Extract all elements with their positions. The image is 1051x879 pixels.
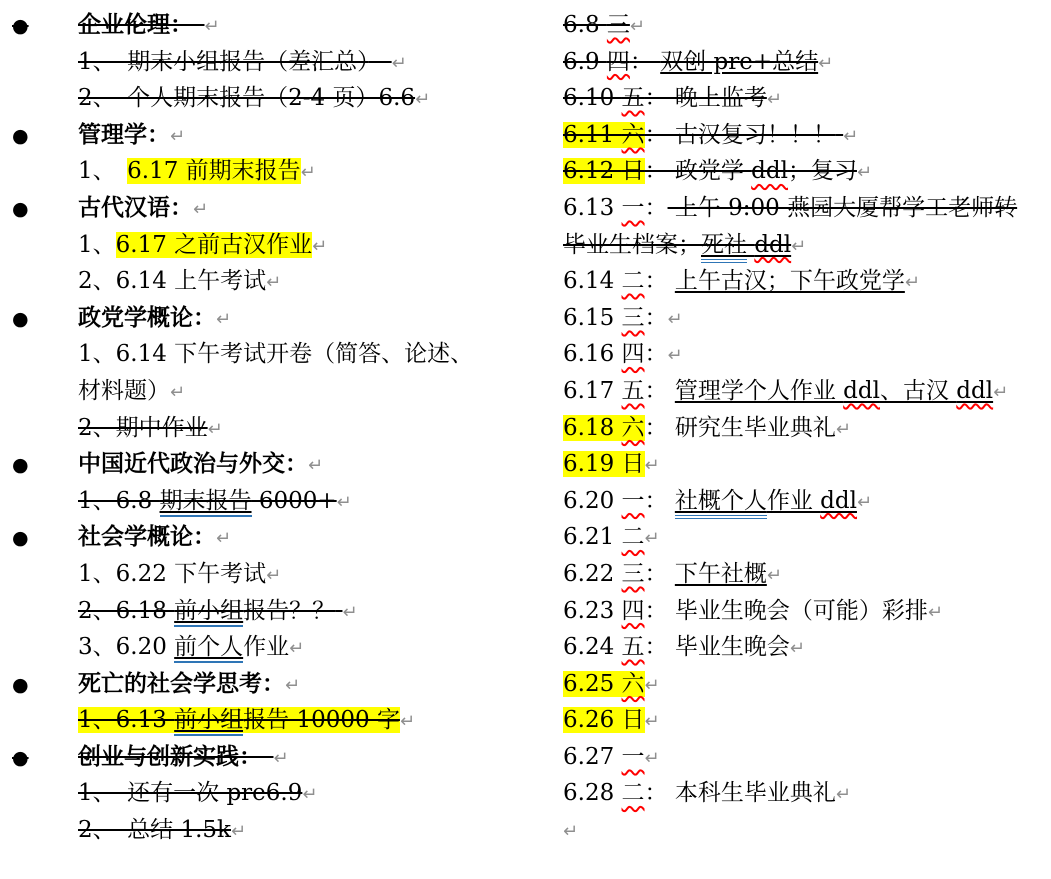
text-run: 6.8	[563, 12, 607, 38]
paragraph-mark-icon: ↵	[668, 309, 683, 330]
course-task[interactable]: 1、 6.17 前期末报告↵	[12, 153, 557, 190]
calendar-entry[interactable]: 6.8 三↵	[563, 7, 1051, 44]
text-run: 6.22	[563, 561, 622, 587]
calendar-entry[interactable]: 6.25 六↵	[563, 666, 1051, 703]
calendar-entry[interactable]: 6.21 二↵	[563, 519, 1051, 556]
misspelled-run: 四	[607, 49, 630, 75]
calendar-entry[interactable]: 6.15 三：↵	[563, 300, 1051, 337]
paragraph-mark-icon: ↵	[266, 565, 281, 586]
text-run: 6.16	[563, 341, 622, 367]
calendar-entry[interactable]: 6.14 二： 上午古汉；下午政党学↵	[563, 263, 1051, 300]
course-task[interactable]: 1、6.22 下午考试↵	[12, 556, 557, 593]
text-run: 作业	[767, 488, 820, 514]
text-run: 、古汉	[880, 378, 956, 404]
course-task[interactable]: 2、6.14 上午考试↵	[12, 263, 557, 300]
paragraph-mark-icon: ↵	[415, 89, 430, 110]
text-run: 前个人	[174, 634, 243, 663]
course-heading[interactable]: ●企业伦理： ↵	[12, 7, 557, 44]
paragraph-mark-icon: ↵	[645, 748, 660, 769]
text-run: ；复习	[788, 158, 857, 184]
text-run: ddl	[843, 378, 880, 404]
text-run: 2、期中作业	[78, 415, 208, 441]
paragraph-mark-icon: ↵	[818, 53, 833, 74]
text-run: ： 本科生毕业典礼	[645, 780, 836, 806]
text-run: ： 毕业生晚会（可能）彩排	[645, 598, 928, 624]
calendar-entry[interactable]: 6.28 二： 本科生毕业典礼↵	[563, 775, 1051, 812]
course-task[interactable]: 2、期中作业↵	[12, 410, 557, 447]
text-run: 6.18	[563, 415, 622, 441]
text-run: 2、6.14 上午考试	[78, 268, 266, 294]
text-run: 二	[622, 268, 645, 294]
text-run: ：	[645, 268, 675, 294]
text-run: 6.17 之前古汉作业	[116, 232, 313, 258]
paragraph-mark-icon: ↵	[193, 199, 208, 220]
paragraph-mark-icon: ↵	[836, 419, 851, 440]
paragraph-mark-icon: ↵	[905, 272, 920, 293]
text-run: 6.26	[563, 707, 622, 733]
text-run: ：	[645, 341, 668, 367]
misspelled-run: 四	[622, 341, 645, 367]
course-list-column: ●企业伦理： ↵1、 期末小组报告（差汇总） ↵2、 个人期末报告（2-4 页）…	[12, 7, 557, 849]
calendar-entry[interactable]: 6.17 五： 管理学个人作业 ddl、古汉 ddl↵	[563, 373, 1051, 410]
paragraph-mark-icon: ↵	[342, 602, 357, 623]
bullet-icon: ●	[12, 8, 78, 45]
text-run: 3、6.20	[78, 634, 174, 660]
text-run: 6.24	[563, 634, 622, 660]
text-run: ddl	[820, 488, 857, 514]
text-run: ：	[645, 195, 668, 221]
paragraph-mark-icon: ↵	[645, 528, 660, 549]
misspelled-run: ddl	[754, 232, 791, 258]
misspelled-run: 一	[622, 744, 645, 770]
text-run: ： 古汉复习！！！	[645, 122, 836, 148]
text-run: 6.14	[563, 268, 622, 294]
calendar-entry[interactable]: 6.23 四： 毕业生晚会（可能）彩排↵	[563, 593, 1051, 630]
underlined-run: 作业	[767, 488, 820, 514]
course-heading[interactable]: ●政党学概论：↵	[12, 300, 557, 337]
course-task[interactable]: 2、 总结 1.5k↵	[12, 812, 557, 849]
text-run: 6.12	[563, 158, 622, 184]
text-run: ：	[645, 305, 668, 331]
paragraph-mark-icon: ↵	[266, 272, 281, 293]
underlined-run: ddl	[843, 378, 880, 404]
misspelled-run: 六	[622, 122, 645, 148]
text-run: 上午古汉；下午政党学	[675, 268, 905, 294]
calendar-entry[interactable]: 6.11 六： 古汉复习！！！ ↵	[563, 117, 1051, 154]
calendar-entry[interactable]: 6.9 四： 双创 pre+总结↵	[563, 44, 1051, 81]
text-run: 报告？？	[243, 598, 335, 624]
text-run: 日	[622, 158, 645, 184]
paragraph-mark-icon: ↵	[645, 711, 660, 732]
text-run: 1、	[78, 232, 116, 258]
calendar-column: 6.8 三↵6.9 四： 双创 pre+总结↵6.10 五： 晚上监考↵6.11…	[563, 7, 1051, 849]
underlined-run: 、古汉	[880, 378, 956, 404]
underlined-run: 前个人	[174, 634, 243, 663]
text-run: 四	[622, 598, 645, 624]
text-run: 四	[622, 341, 645, 367]
paragraph-mark-icon: ↵	[767, 89, 782, 110]
paragraph-mark-icon: ↵	[312, 236, 327, 257]
document-page: ●企业伦理： ↵1、 期末小组报告（差汇总） ↵2、 个人期末报告（2-4 页）…	[0, 0, 1051, 879]
text-run: ： 研究生毕业典礼	[645, 415, 836, 441]
paragraph-mark-icon: ↵	[289, 638, 304, 659]
text-run: 6.23	[563, 598, 622, 624]
bullet-icon: ●	[12, 191, 78, 228]
empty-paragraph[interactable]: ↵	[563, 812, 1051, 849]
calendar-entry[interactable]: 6.26 日↵	[563, 702, 1051, 739]
underlined-run: 前小组	[174, 598, 243, 627]
course-heading[interactable]: ●古代汉语：↵	[12, 190, 557, 227]
misspelled-run: ddl	[820, 488, 857, 514]
text-run: 6.28	[563, 780, 622, 806]
paragraph-mark-icon: ↵	[630, 16, 645, 37]
misspelled-run: ddl	[956, 378, 993, 404]
paragraph-mark-icon: ↵	[645, 675, 660, 696]
text-run	[182, 12, 205, 38]
underlined-run: 死社	[701, 232, 747, 263]
text-run: 三	[622, 305, 645, 331]
underlined-run: 期末报告	[160, 488, 252, 517]
text-run: 6000+	[252, 488, 337, 514]
misspelled-run: 二	[622, 524, 645, 550]
text-run: 社会学概论：	[78, 523, 216, 550]
misspelled-run: 二	[622, 780, 645, 806]
text-run: 2、 总结 1.5k	[78, 817, 231, 843]
text-run: 材料题）	[78, 378, 170, 404]
text-run: 二	[622, 780, 645, 806]
paragraph-mark-icon: ↵	[205, 16, 220, 37]
text-run: 6.27	[563, 744, 622, 770]
text-run: 6.19	[563, 451, 622, 477]
paragraph-mark-icon: ↵	[216, 309, 231, 330]
text-run: 1、	[78, 158, 127, 184]
text-run: 日	[622, 451, 645, 477]
text-run: 六	[622, 671, 645, 697]
text-run: 五	[622, 378, 645, 404]
calendar-entry[interactable]: 6.10 五： 晚上监考↵	[563, 80, 1051, 117]
text-run: 期末报告	[160, 488, 252, 517]
text-run: 三	[622, 561, 645, 587]
paragraph-mark-icon: ↵	[231, 821, 246, 842]
course-task[interactable]: 1、6.8 期末报告 6000+↵	[12, 483, 557, 520]
text-run: 一	[622, 744, 645, 770]
paragraph-mark-icon: ↵	[301, 162, 316, 183]
text-run: 政党学概论：	[78, 304, 216, 331]
course-heading[interactable]: ●社会学概论：↵	[12, 519, 557, 556]
text-run: 前小组	[174, 598, 243, 627]
text-run: 三	[607, 12, 630, 38]
underlined-run: 下午社概	[675, 561, 767, 587]
misspelled-run: 六	[622, 671, 645, 697]
underlined-run: ddl	[956, 378, 993, 404]
text-run: 企业伦理：	[78, 11, 182, 38]
text-run: 死亡的社会学思考：	[78, 670, 285, 697]
text-run: 6.13	[563, 195, 622, 221]
paragraph-mark-icon: ↵	[857, 162, 872, 183]
calendar-entry[interactable]: 6.12 日： 政党学 ddl；复习↵	[563, 153, 1051, 190]
misspelled-run: 四	[622, 598, 645, 624]
text-run: 一	[622, 488, 645, 514]
paragraph-mark-icon: ↵	[928, 602, 943, 623]
text-run: 6.10	[563, 85, 622, 111]
paragraph-mark-icon: ↵	[836, 784, 851, 805]
text-run: 二	[622, 524, 645, 550]
calendar-entry[interactable]: 6.24 五： 毕业生晚会↵	[563, 629, 1051, 666]
text-run: 下午社概	[675, 561, 767, 587]
text-run	[369, 49, 392, 75]
course-task[interactable]: 3、6.20 前个人作业↵	[12, 629, 557, 666]
text-run: 1、6.14 下午考试开卷（简答、论述、	[78, 341, 473, 367]
text-run: ：	[630, 49, 660, 75]
text-run: ： 政党学	[645, 158, 752, 184]
paragraph-mark-icon: ↵	[790, 638, 805, 659]
paragraph-mark-icon: ↵	[285, 675, 300, 696]
text-run: ddl	[751, 158, 788, 184]
text-run: 1、 期末小组报告（差汇总）	[78, 49, 369, 75]
text-run: 五	[622, 85, 645, 111]
bullet-icon: ●	[12, 118, 78, 155]
bullet-icon: ●	[12, 667, 78, 704]
text-run: 1、6.22 下午考试	[78, 561, 266, 587]
text-run: ： 晚上监考	[645, 85, 767, 111]
course-task[interactable]: 1、 期末小组报告（差汇总） ↵	[12, 44, 557, 81]
course-task[interactable]: 1、 还有一次 pre6.9↵	[12, 775, 557, 812]
bullet-icon: ●	[12, 301, 78, 338]
text-run: 2、 个人期末报告（2-4 页）6.6	[78, 85, 415, 111]
paragraph-mark-icon: ↵	[308, 455, 323, 476]
paragraph-mark-icon: ↵	[170, 126, 185, 147]
misspelled-run: 一	[622, 195, 645, 221]
text-run: ：	[645, 488, 675, 514]
paragraph-mark-icon: ↵	[993, 382, 1008, 403]
bullet-icon: ●	[12, 740, 78, 777]
text-run: 六	[622, 122, 645, 148]
text-run: 六	[622, 415, 645, 441]
calendar-entry[interactable]: 6.20 一： 社概个人作业 ddl↵	[563, 483, 1051, 520]
paragraph-mark-icon: ↵	[843, 126, 858, 147]
course-task-continuation[interactable]: 材料题）↵	[12, 373, 557, 410]
text-run: 四	[607, 49, 630, 75]
text-run: 上午 9:00 燕园大厦帮学工老师转	[668, 195, 1018, 221]
text-run: 6.20	[563, 488, 622, 514]
calendar-entry[interactable]: 6.16 四：↵	[563, 336, 1051, 373]
bullet-icon: ●	[12, 520, 78, 557]
text-run: 五	[622, 634, 645, 660]
text-run: 社概个人	[675, 488, 767, 519]
course-task[interactable]: 1、6.14 下午考试开卷（简答、论述、	[12, 336, 557, 373]
text-run: 日	[622, 707, 645, 733]
underlined-run: ddl	[820, 488, 857, 514]
text-run: 创业与创新实践：	[78, 743, 251, 770]
text-run: 管理学：	[78, 121, 170, 148]
text-run: ：	[645, 378, 675, 404]
text-run: 6.17 前期末报告	[127, 158, 301, 184]
text-run: 报告 10000 字	[243, 707, 400, 733]
underlined-run: ddl	[754, 232, 791, 258]
text-run: 6.9	[563, 49, 607, 75]
underlined-run: 前小组	[174, 707, 243, 736]
text-run: ddl	[754, 232, 791, 258]
misspelled-run: 三	[622, 561, 645, 587]
text-run	[251, 744, 274, 770]
text-run: ： 毕业生晚会	[645, 634, 790, 660]
underlined-run: 双创 pre+总结	[660, 49, 818, 75]
calendar-entry[interactable]: 6.22 三： 下午社概↵	[563, 556, 1051, 593]
course-heading[interactable]: ●中国近代政治与外交：↵	[12, 446, 557, 483]
paragraph-mark-icon: ↵	[791, 236, 806, 257]
course-task[interactable]: 2、 个人期末报告（2-4 页）6.6↵	[12, 80, 557, 117]
paragraph-mark-icon: ↵	[170, 382, 185, 403]
text-run: ：	[645, 561, 675, 587]
paragraph-mark-icon: ↵	[857, 492, 872, 513]
misspelled-run: ddl	[751, 158, 788, 184]
paragraph-mark-icon: ↵	[337, 492, 352, 513]
text-run: 6.25	[563, 671, 622, 697]
text-run: 中国近代政治与外交：	[78, 450, 308, 477]
paragraph-mark-icon: ↵	[645, 455, 660, 476]
text-run: 毕业生档案；	[563, 232, 701, 258]
underlined-run: 社概个人	[675, 488, 767, 519]
text-run: 死社	[701, 232, 747, 263]
misspelled-run: 五	[622, 634, 645, 660]
bullet-icon: ●	[12, 447, 78, 484]
text-run: 一	[622, 195, 645, 221]
paragraph-mark-icon: ↵	[767, 565, 782, 586]
course-heading[interactable]: ●管理学：↵	[12, 117, 557, 154]
calendar-entry[interactable]: 6.13 一： 上午 9:00 燕园大厦帮学工老师转	[563, 190, 1051, 227]
misspelled-run: 六	[622, 415, 645, 441]
text-run: 作业	[243, 634, 289, 660]
misspelled-run: 五	[622, 85, 645, 111]
underlined-run: 管理学个人作业	[675, 378, 843, 404]
text-run: 前小组	[174, 707, 243, 733]
course-task[interactable]: 1、6.13 前小组报告 10000 字↵	[12, 702, 557, 739]
calendar-entry[interactable]: 6.19 日↵	[563, 446, 1051, 483]
course-task[interactable]: 1、6.17 之前古汉作业↵	[12, 227, 557, 264]
misspelled-run: 二	[622, 268, 645, 294]
calendar-entry-continuation[interactable]: 毕业生档案；死社 ddl↵	[563, 227, 1051, 264]
text-run: 双创 pre+总结	[660, 49, 818, 75]
text-run: 1、6.13	[78, 707, 174, 733]
text-run: 管理学个人作业	[675, 378, 843, 404]
calendar-entry[interactable]: 6.18 六： 研究生毕业典礼↵	[563, 410, 1051, 447]
text-run: 1、 还有一次 pre6.9	[78, 780, 302, 806]
paragraph-mark-icon: ↵	[302, 784, 317, 805]
course-heading[interactable]: ●死亡的社会学思考：↵	[12, 666, 557, 703]
calendar-entry[interactable]: 6.27 一↵	[563, 739, 1051, 776]
paragraph-mark-icon: ↵	[274, 748, 289, 769]
misspelled-run: 一	[622, 488, 645, 514]
misspelled-run: 五	[622, 378, 645, 404]
underlined-run: 上午古汉；下午政党学	[675, 268, 905, 294]
misspelled-run: 三	[607, 12, 630, 38]
text-run: 6.21	[563, 524, 622, 550]
text-run: 6.15	[563, 305, 622, 331]
misspelled-run: ddl	[843, 378, 880, 404]
text-run: ddl	[956, 378, 993, 404]
text-run: 古代汉语：	[78, 194, 193, 221]
course-task[interactable]: 2、6.18 前小组报告？？ ↵	[12, 593, 557, 630]
paragraph-mark-icon: ↵	[400, 711, 415, 732]
text-run: 2、6.18	[78, 598, 174, 624]
paragraph-mark-icon: ↵	[668, 345, 683, 366]
misspelled-run: 三	[622, 305, 645, 331]
text-run: 6.11	[563, 122, 622, 148]
paragraph-mark-icon: ↵	[392, 53, 407, 74]
paragraph-mark-icon: ↵	[563, 821, 578, 842]
text-run: 6.17	[563, 378, 622, 404]
text-run: 1、6.8	[78, 488, 160, 514]
course-heading[interactable]: ●创业与创新实践： ↵	[12, 739, 557, 776]
paragraph-mark-icon: ↵	[208, 419, 223, 440]
paragraph-mark-icon: ↵	[216, 528, 231, 549]
